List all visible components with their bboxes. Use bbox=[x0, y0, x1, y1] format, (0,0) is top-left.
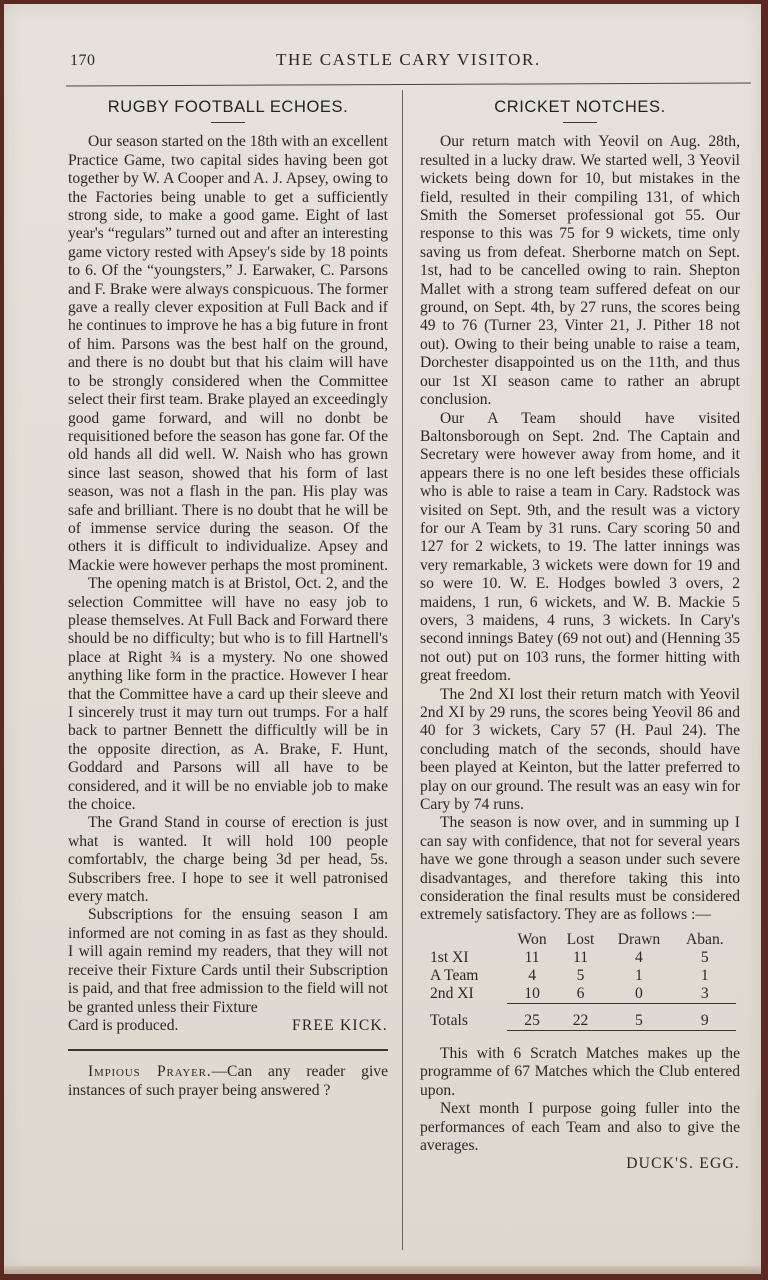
rugby-last-line: Card is produced. bbox=[68, 1017, 178, 1035]
won-total: 25 bbox=[507, 1003, 556, 1030]
rugby-column: RUGBY FOOTBALL ECHOES. Our season starte… bbox=[68, 94, 388, 1100]
drawn-total: 5 bbox=[604, 1003, 673, 1030]
team-name: A Team bbox=[426, 967, 507, 985]
title-dash bbox=[211, 122, 245, 123]
rugby-paragraph: The Grand Stand in course of erection is… bbox=[68, 814, 388, 906]
table-row: 2nd XI 10 6 0 3 bbox=[426, 985, 736, 1004]
team-name: 1st XI bbox=[426, 949, 507, 967]
cricket-paragraph: The 2nd XI lost their return match with … bbox=[420, 686, 740, 815]
rugby-paragraph: Subscriptions for the ensuing season I a… bbox=[68, 906, 388, 1016]
lost-cell: 6 bbox=[557, 985, 604, 1004]
lost-cell: 5 bbox=[557, 967, 604, 985]
cricket-paragraph: The season is now over, and in summing u… bbox=[420, 814, 740, 924]
aban-cell: 3 bbox=[674, 985, 736, 1004]
cricket-paragraph: Our return match with Yeovil on Aug. 28t… bbox=[420, 133, 740, 409]
title-dash bbox=[563, 122, 597, 123]
impious-prayer-notice: Impious Prayer.—Can any reader give inst… bbox=[68, 1063, 388, 1100]
totals-underline bbox=[426, 1030, 736, 1035]
section-rule bbox=[68, 1049, 388, 1051]
page-number: 170 bbox=[70, 52, 96, 70]
lost-total: 22 bbox=[557, 1003, 604, 1030]
col-header-team bbox=[426, 931, 507, 949]
totals-label: Totals bbox=[426, 1003, 507, 1030]
cricket-paragraph: Our A Team should have visited Baltonsbo… bbox=[420, 410, 740, 686]
col-header-won: Won bbox=[507, 931, 556, 949]
table-row: 1st XI 11 11 4 5 bbox=[426, 949, 736, 967]
drawn-cell: 4 bbox=[604, 949, 673, 967]
drawn-cell: 0 bbox=[604, 985, 673, 1004]
aban-total: 9 bbox=[674, 1003, 736, 1030]
cricket-column: CRICKET NOTCHES. Our return match with Y… bbox=[420, 94, 740, 1189]
header-rule bbox=[66, 83, 751, 87]
running-head: 170 THE CASTLE CARY VISITOR. bbox=[66, 50, 731, 74]
totals-row: Totals 25 22 5 9 bbox=[426, 1003, 736, 1030]
rugby-paragraph: Our season started on the 18th with an e… bbox=[68, 133, 388, 575]
rugby-signature: FREE KICK. bbox=[292, 1017, 388, 1035]
table-row: A Team 4 5 1 1 bbox=[426, 967, 736, 985]
won-cell: 10 bbox=[507, 985, 556, 1004]
page-edge bbox=[4, 1266, 761, 1274]
col-header-drawn: Drawn bbox=[604, 931, 673, 949]
cricket-signature: DUCK'S. EGG. bbox=[420, 1155, 740, 1173]
rugby-paragraph: The opening match is at Bristol, Oct. 2,… bbox=[68, 575, 388, 814]
journal-title: THE CASTLE CARY VISITOR. bbox=[276, 50, 541, 70]
aban-cell: 5 bbox=[674, 949, 736, 967]
col-header-lost: Lost bbox=[557, 931, 604, 949]
cricket-title: CRICKET NOTCHES. bbox=[420, 98, 740, 116]
won-cell: 4 bbox=[507, 967, 556, 985]
drawn-cell: 1 bbox=[604, 967, 673, 985]
rugby-title: RUGBY FOOTBALL ECHOES. bbox=[68, 98, 388, 116]
cricket-closing-paragraph: Next month I purpose going fuller into t… bbox=[420, 1100, 740, 1155]
aban-cell: 1 bbox=[674, 967, 736, 985]
newspaper-page: 170 THE CASTLE CARY VISITOR. RUGBY FOOTB… bbox=[4, 4, 761, 1274]
team-name: 2nd XI bbox=[426, 985, 507, 1004]
results-header-row: Won Lost Drawn Aban. bbox=[426, 931, 736, 949]
column-divider bbox=[402, 90, 403, 1250]
notice-lead: Impious Prayer. bbox=[88, 1063, 211, 1080]
lost-cell: 11 bbox=[557, 949, 604, 967]
results-table: Won Lost Drawn Aban. 1st XI 11 11 4 5 A … bbox=[426, 931, 736, 1035]
rugby-signoff-line: Card is produced. FREE KICK. bbox=[68, 1017, 388, 1035]
won-cell: 11 bbox=[507, 949, 556, 967]
cricket-closing-paragraph: This with 6 Scratch Matches makes up the… bbox=[420, 1045, 740, 1100]
col-header-aban: Aban. bbox=[674, 931, 736, 949]
